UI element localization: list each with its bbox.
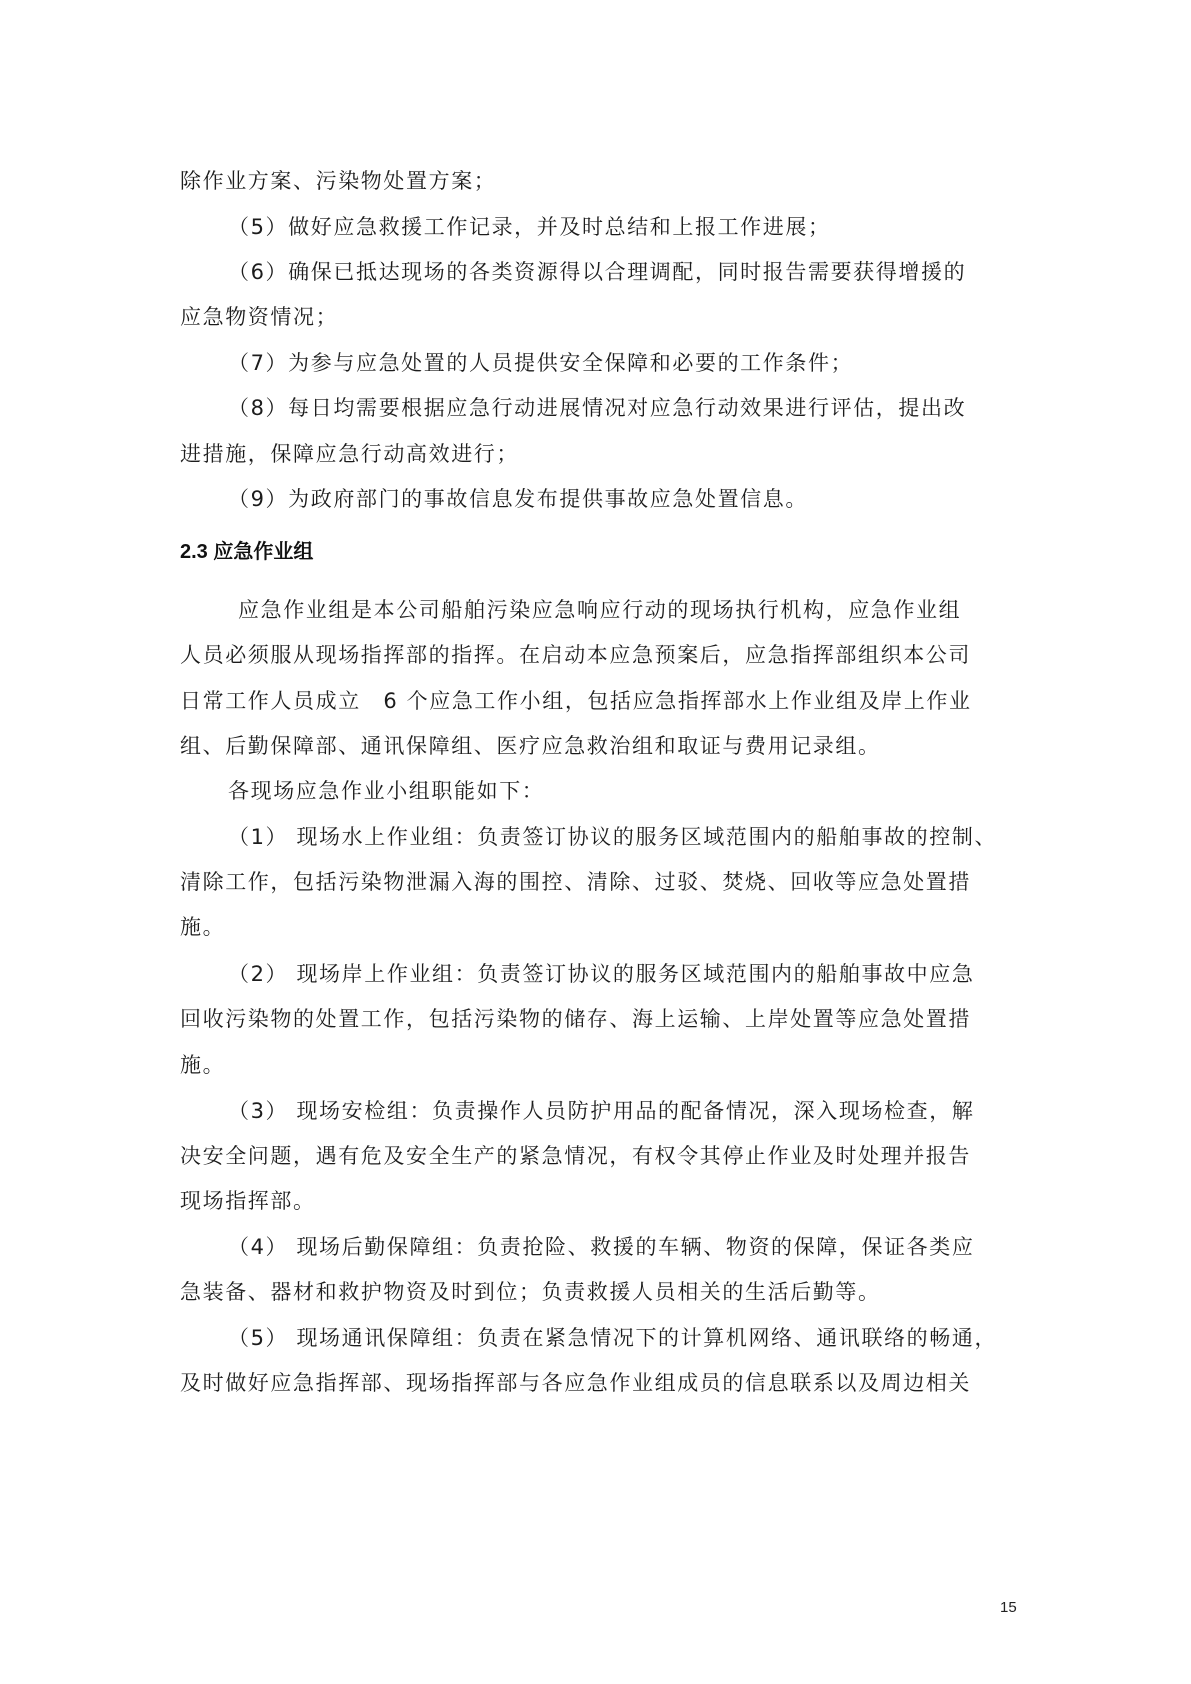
group-1-line-1: （1） 现场水上作业组：负责签订协议的服务区域范围内的船舶事故的控制、 bbox=[228, 822, 997, 852]
list-item-6-cont: 应急物资情况； bbox=[180, 302, 338, 332]
list-text: 做好应急救援工作记录，并及时总结和上报工作进展； bbox=[288, 215, 830, 239]
group-2-line-2: 回收污染物的处置工作，包括污染物的储存、海上运输、上岸处置等应急处置措 bbox=[180, 1004, 971, 1034]
list-number: （8） bbox=[228, 396, 288, 420]
group-number: （5） bbox=[228, 1326, 288, 1350]
intro-line-4: 组、后勤保障部、通讯保障组、医疗应急救治组和取证与费用记录组。 bbox=[180, 731, 881, 761]
continued-paragraph: 除作业方案、污染物处置方案； bbox=[180, 166, 496, 196]
list-item-8-cont: 进措施，保障应急行动高效进行； bbox=[180, 439, 519, 469]
group-3-line-1: （3） 现场安检组：负责操作人员防护用品的配备情况，深入现场检查，解 bbox=[228, 1096, 974, 1126]
section-heading: 2.3 应急作业组 bbox=[180, 537, 313, 567]
group-3-line-2: 决安全问题，遇有危及安全生产的紧急情况，有权令其停止作业及时处理并报告 bbox=[180, 1141, 971, 1171]
group-number: （3） bbox=[228, 1099, 288, 1123]
list-number: （6） bbox=[228, 260, 288, 284]
group-5-line-1: （5） 现场通讯保障组：负责在紧急情况下的计算机网络、通讯联络的畅通， bbox=[228, 1323, 997, 1353]
list-number: （9） bbox=[228, 487, 288, 511]
list-item-8: （8）每日均需要根据应急行动进展情况对应急行动效果进行评估，提出改 bbox=[228, 393, 966, 423]
list-item-9: （9）为政府部门的事故信息发布提供事故应急处置信息。 bbox=[228, 484, 808, 514]
list-item-6: （6）确保已抵达现场的各类资源得以合理调配，同时报告需要获得增援的 bbox=[228, 257, 966, 287]
group-1-line-3: 施。 bbox=[180, 912, 225, 942]
list-item-5: （5）做好应急救援工作记录，并及时总结和上报工作进展； bbox=[228, 212, 831, 242]
group-number: （1） bbox=[228, 825, 288, 849]
intro-line-1: 应急作业组是本公司船舶污染应急响应行动的现场执行机构，应急作业组 bbox=[238, 595, 961, 625]
group-4-line-1: （4） 现场后勤保障组：负责抢险、救援的车辆、物资的保障，保证各类应 bbox=[228, 1232, 974, 1262]
page-number: 15 bbox=[1000, 1599, 1017, 1616]
intro-line-3: 日常工作人员成立 6 个应急工作小组，包括应急指挥部水上作业组及岸上作业 bbox=[180, 686, 972, 716]
intro-line-2: 人员必须服从现场指挥部的指挥。在启动本应急预案后，应急指挥部组织本公司 bbox=[180, 640, 971, 670]
group-5-line-2: 及时做好应急指挥部、现场指挥部与各应急作业组成员的信息联系以及周边相关 bbox=[180, 1368, 971, 1398]
list-item-7: （7）为参与应急处置的人员提供安全保障和必要的工作条件； bbox=[228, 348, 853, 378]
group-text: 现场通讯保障组：负责在紧急情况下的计算机网络、通讯联络的畅通， bbox=[296, 1326, 997, 1350]
group-4-line-2: 急装备、器材和救护物资及时到位；负责救援人员相关的生活后勤等。 bbox=[180, 1277, 881, 1307]
group-text: 现场安检组：负责操作人员防护用品的配备情况，深入现场检查，解 bbox=[296, 1099, 974, 1123]
list-number: （5） bbox=[228, 215, 288, 239]
group-1-line-2: 清除工作，包括污染物泄漏入海的围控、清除、过驳、焚烧、回收等应急处置措 bbox=[180, 867, 971, 897]
list-text: 每日均需要根据应急行动进展情况对应急行动效果进行评估，提出改 bbox=[288, 396, 966, 420]
group-3-line-3: 现场指挥部。 bbox=[180, 1186, 316, 1216]
list-text: 为参与应急处置的人员提供安全保障和必要的工作条件； bbox=[288, 351, 853, 375]
list-text: 确保已抵达现场的各类资源得以合理调配，同时报告需要获得增援的 bbox=[288, 260, 966, 284]
group-2-line-3: 施。 bbox=[180, 1050, 225, 1080]
group-number: （4） bbox=[228, 1235, 288, 1259]
group-text: 现场岸上作业组：负责签订协议的服务区域范围内的船舶事故中应急 bbox=[296, 962, 974, 986]
document-page: 除作业方案、污染物处置方案； （5）做好应急救援工作记录，并及时总结和上报工作进… bbox=[0, 0, 1191, 1684]
group-text: 现场后勤保障组：负责抢险、救援的车辆、物资的保障，保证各类应 bbox=[296, 1235, 974, 1259]
functions-intro: 各现场应急作业小组职能如下： bbox=[228, 776, 544, 806]
list-number: （7） bbox=[228, 351, 288, 375]
group-number: （2） bbox=[228, 962, 288, 986]
group-2-line-1: （2） 现场岸上作业组：负责签订协议的服务区域范围内的船舶事故中应急 bbox=[228, 959, 974, 989]
list-text: 为政府部门的事故信息发布提供事故应急处置信息。 bbox=[288, 487, 808, 511]
group-text: 现场水上作业组：负责签订协议的服务区域范围内的船舶事故的控制、 bbox=[296, 825, 997, 849]
